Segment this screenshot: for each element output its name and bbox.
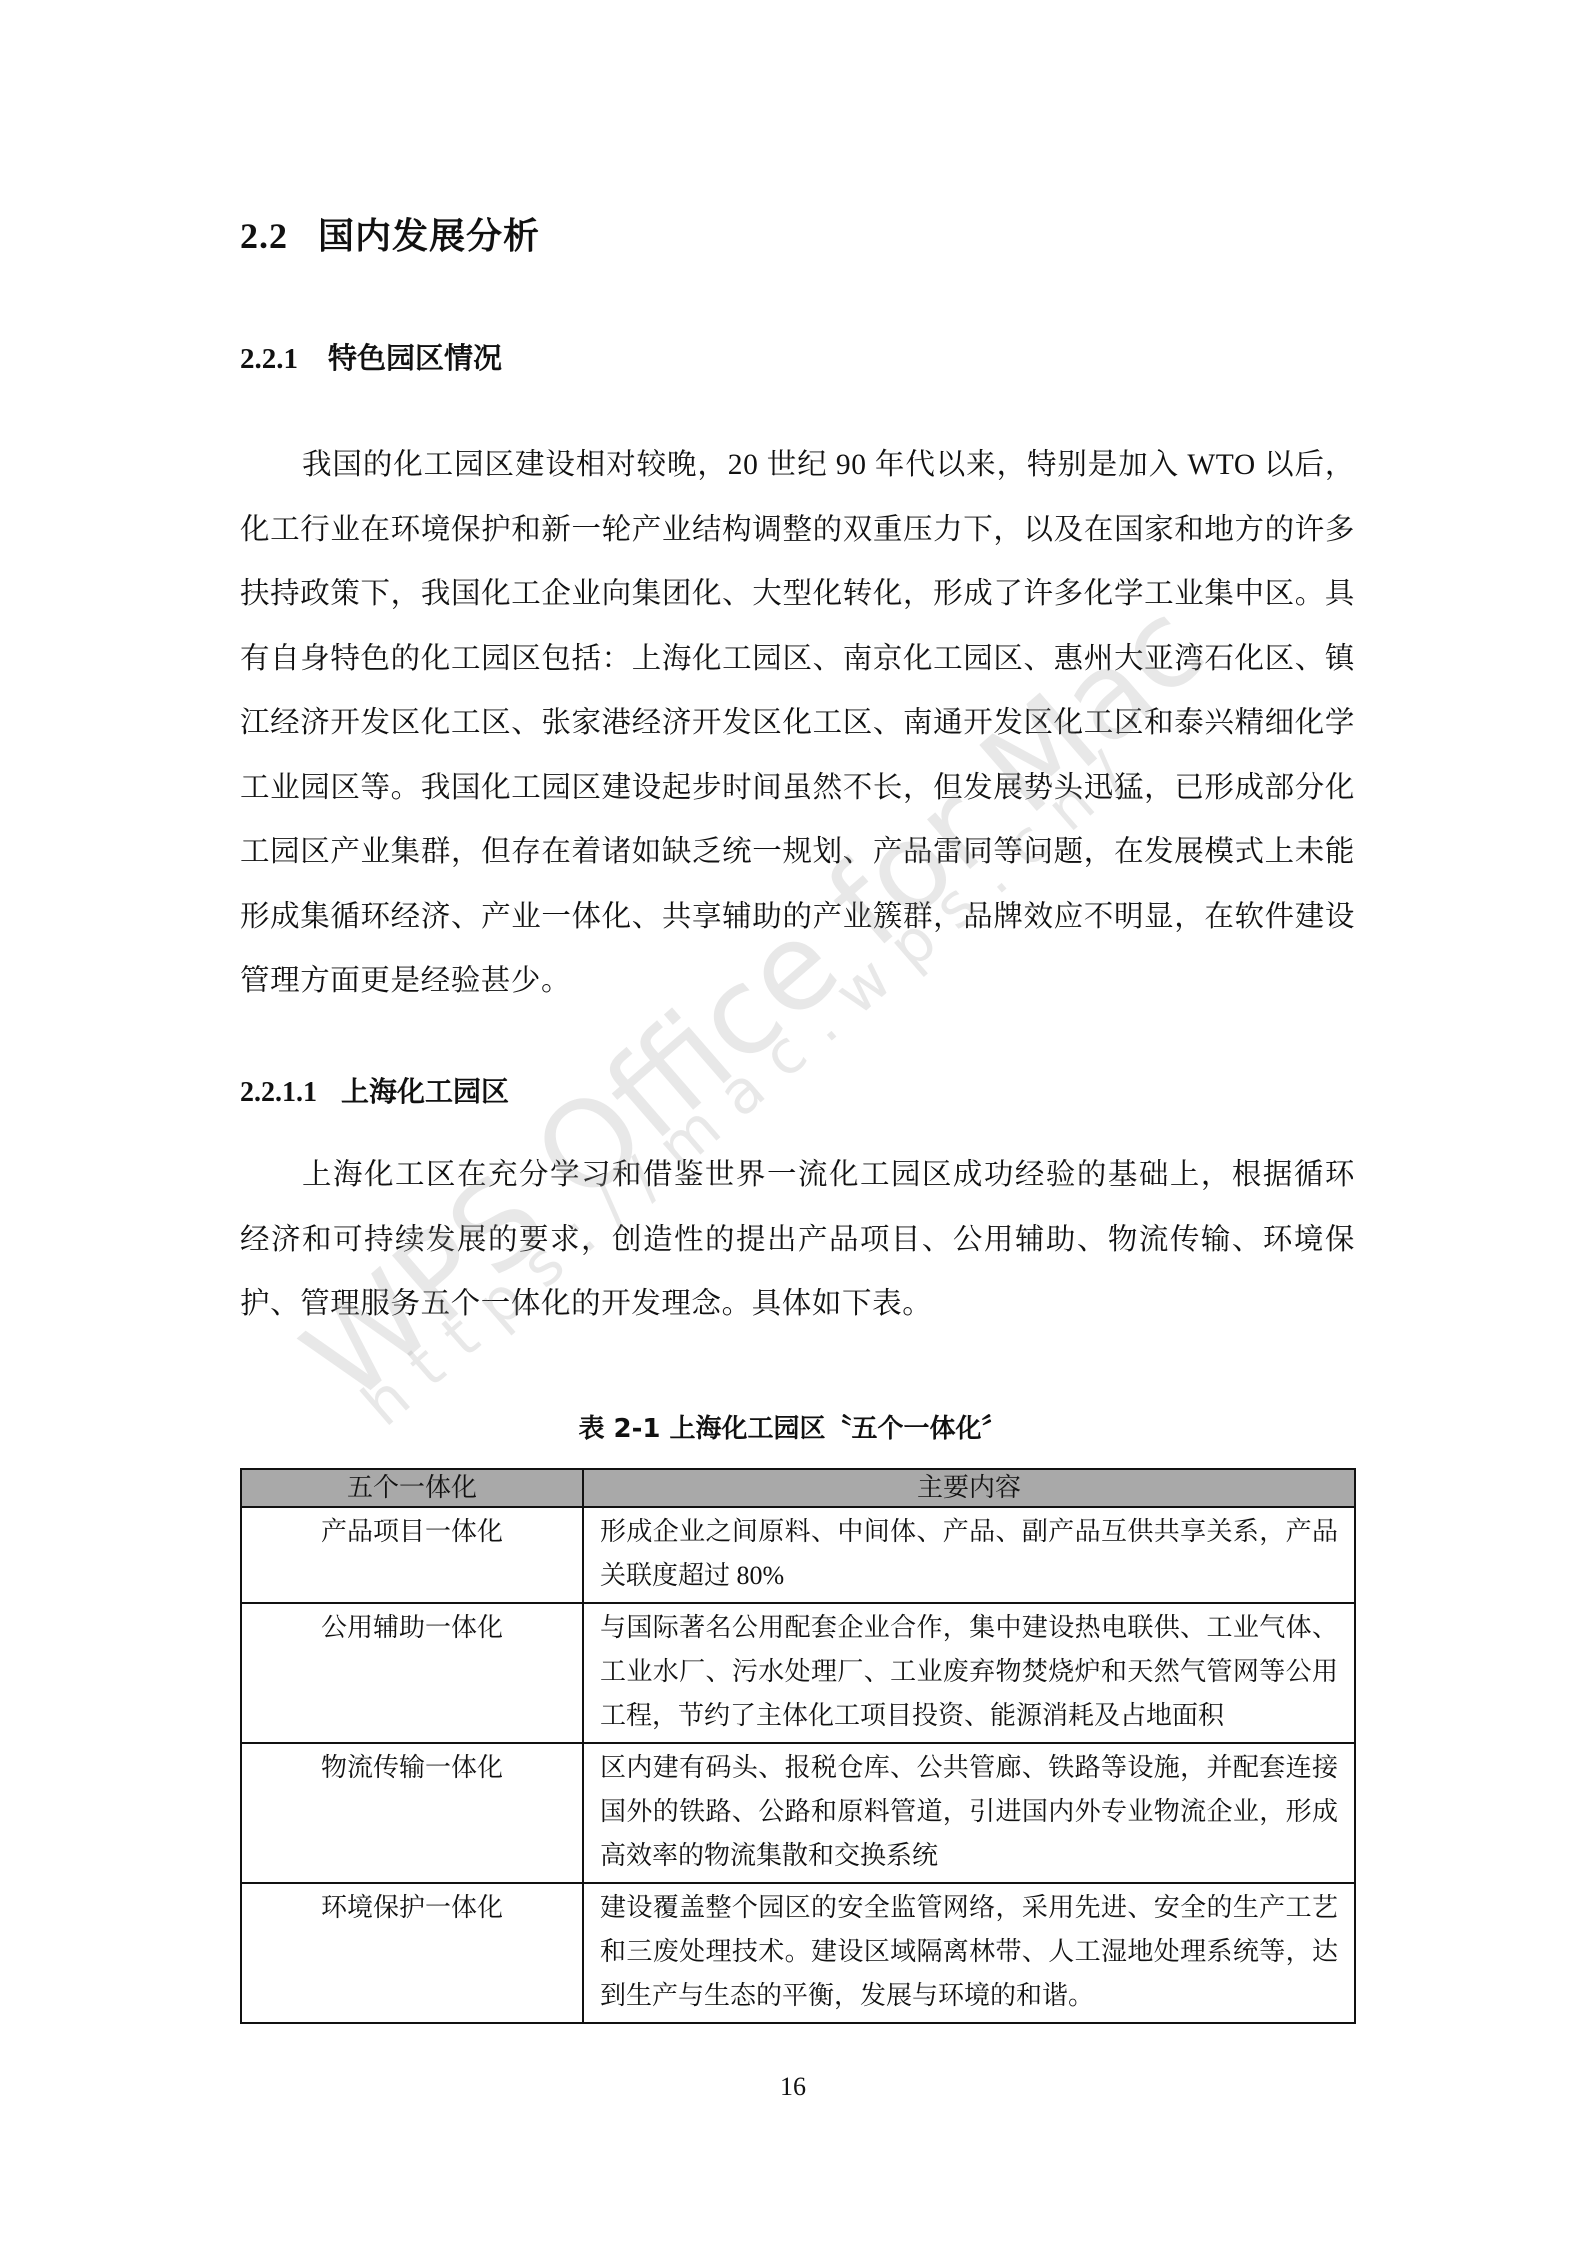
subsubsection-number: 2.2.1.1	[240, 1077, 317, 1108]
table-caption: 表 2-1 上海化工园区〝五个一体化〞	[0, 1408, 1586, 1445]
table-row: 产品项目一体化 形成企业之间原料、中间体、产品、副产品互供共享关系，产品关联度超…	[241, 1507, 1355, 1603]
table-row: 公用辅助一体化 与国际著名公用配套企业合作，集中建设热电联供、工业气体、工业水厂…	[241, 1603, 1355, 1743]
table-cell-name: 公用辅助一体化	[241, 1603, 583, 1743]
subsection-number: 2.2.1	[240, 343, 298, 375]
table-cell-content: 区内建有码头、报税仓库、公共管廊、铁路等设施，并配套连接国外的铁路、公路和原料管…	[583, 1743, 1355, 1883]
table-cell-content: 形成企业之间原料、中间体、产品、副产品互供共享关系，产品关联度超过 80%	[583, 1507, 1355, 1603]
paragraph-shanghai-park: 上海化工区在充分学习和借鉴世界一流化工园区成功经验的基础上，根据循环经济和可持续…	[240, 1143, 1355, 1337]
subsection-heading: 2.2.1特色园区情况	[240, 336, 502, 377]
section-heading: 2.2国内发展分析	[240, 208, 540, 259]
page-number: 16	[0, 2072, 1586, 2102]
table-cell-content: 与国际著名公用配套企业合作，集中建设热电联供、工业气体、工业水厂、污水处理厂、工…	[583, 1603, 1355, 1743]
section-title: 国内发展分析	[318, 216, 540, 256]
table-row: 物流传输一体化 区内建有码头、报税仓库、公共管廊、铁路等设施，并配套连接国外的铁…	[241, 1743, 1355, 1883]
paragraph-parks-overview: 我国的化工园区建设相对较晚，20 世纪 90 年代以来，特别是加入 WTO 以后…	[240, 433, 1355, 1014]
table-header-integration: 五个一体化	[241, 1469, 583, 1507]
five-integration-table: 五个一体化 主要内容 产品项目一体化 形成企业之间原料、中间体、产品、副产品互供…	[240, 1468, 1356, 2024]
document-page: 2.2国内发展分析 2.2.1特色园区情况 我国的化工园区建设相对较晚，20 世…	[0, 0, 1586, 2244]
table-header-content: 主要内容	[583, 1469, 1355, 1507]
table-header-row: 五个一体化 主要内容	[241, 1469, 1355, 1507]
table-cell-name: 产品项目一体化	[241, 1507, 583, 1603]
subsubsection-title: 上海化工园区	[341, 1077, 509, 1108]
table-cell-name: 环境保护一体化	[241, 1883, 583, 2023]
section-number: 2.2	[240, 216, 288, 256]
subsubsection-heading: 2.2.1.1上海化工园区	[240, 1070, 509, 1110]
table-cell-content: 建设覆盖整个园区的安全监管网络，采用先进、安全的生产工艺和三废处理技术。建设区域…	[583, 1883, 1355, 2023]
subsection-title: 特色园区情况	[328, 343, 502, 375]
table-cell-name: 物流传输一体化	[241, 1743, 583, 1883]
table-row: 环境保护一体化 建设覆盖整个园区的安全监管网络，采用先进、安全的生产工艺和三废处…	[241, 1883, 1355, 2023]
